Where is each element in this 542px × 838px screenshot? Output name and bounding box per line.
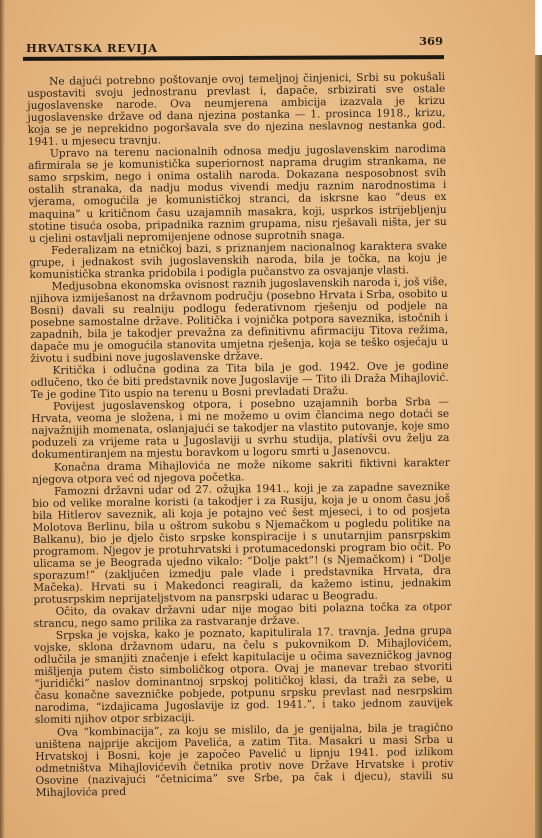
scan-background-corner [535,0,542,55]
paragraph: Povijest jugoslavenskog otpora, i posebn… [31,396,450,461]
page-left-shadow [0,0,5,838]
article-body: Ne dajući potrebno poštovanje ovoj temel… [27,71,454,799]
page-header: HRVATSKA REVIJA 369 [26,38,443,54]
paragraph: Medjusobna ekonomska ovisnost raznih jug… [30,276,449,365]
paragraph: Ne dajući potrebno poštovanje ovoj temel… [27,71,446,148]
running-title: HRVATSKA REVIJA [26,41,158,55]
paragraph: Upravo na terenu nacionalnih odnosa medj… [28,143,447,244]
paragraph: Federalizam na etničkoj bazi, s priznanj… [29,240,447,281]
header-rule [23,55,444,61]
paragraph: Ova “kombinacija”, za koju se mislilo, d… [35,721,454,798]
page-number: 369 [419,34,443,48]
paragraph: Srpska je vojska, kako je poznato, kapit… [34,625,453,726]
paragraph: Kritička i odlučna godina za Tita bila j… [31,360,449,401]
page-right-edge [535,55,542,838]
paragraph: Famozni državni udar od 27. ožujka 1941.… [32,480,451,606]
scanned-page: HRVATSKA REVIJA 369 Ne dajući potrebno p… [0,0,535,838]
